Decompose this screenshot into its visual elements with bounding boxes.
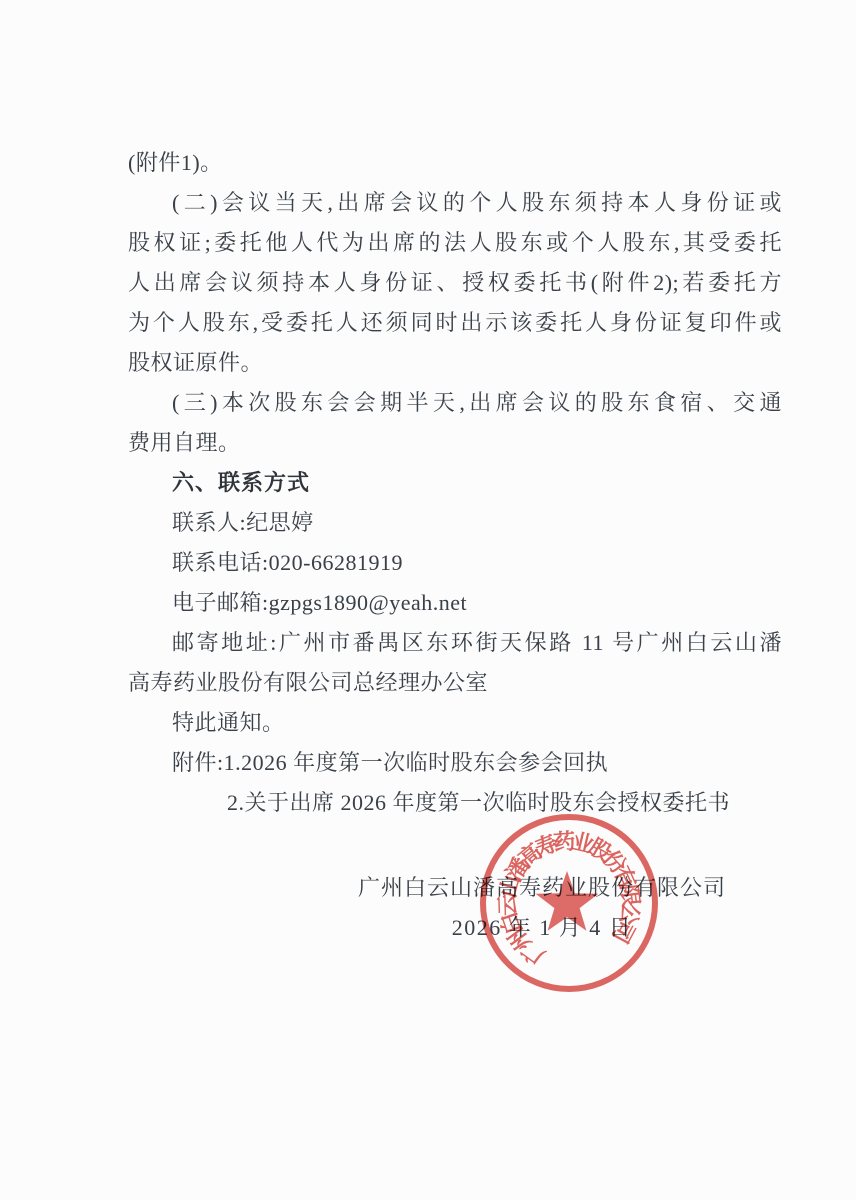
paragraph-2-line-3: 人出席会议须持本人身份证、授权委托书(附件2);若委托方 xyxy=(128,263,782,303)
paragraph-2-line-5: 股权证原件。 xyxy=(128,343,782,383)
mailing-address-line-1: 邮寄地址:广州市番禺区东环街天保路 11 号广州白云山潘 xyxy=(128,623,782,663)
contact-person-line: 联系人:纪思婷 xyxy=(128,503,782,543)
seal-star-icon xyxy=(536,871,599,931)
mailing-address-line-2: 高寿药业股份有限公司总经理办公室 xyxy=(128,663,782,703)
company-seal: 广州白云山潘高寿药业股份有限公司 xyxy=(469,803,669,1003)
paragraph-2-line-4: 为个人股东,受委托人还须同时出示该委托人身份证复印件或 xyxy=(128,303,782,343)
paragraph-3-line-2: 费用自理。 xyxy=(128,423,782,463)
attachment-list-item-1: 附件:1.2026 年度第一次临时股东会参会回执 xyxy=(128,743,782,783)
paragraph-2-line-1: (二)会议当天,出席会议的个人股东须持本人身份证或 xyxy=(128,183,782,223)
document-page: (附件1)。 (二)会议当天,出席会议的个人股东须持本人身份证或 股权证;委托他… xyxy=(0,0,856,1200)
paragraph-3-line-1: (三)本次股东会会期半天,出席会议的股东食宿、交通 xyxy=(128,383,782,423)
notice-closing-line: 特此通知。 xyxy=(128,703,782,743)
attachment-ref-line: (附件1)。 xyxy=(128,143,782,183)
contact-phone-line: 联系电话:020-66281919 xyxy=(128,543,782,583)
document-body: (附件1)。 (二)会议当天,出席会议的个人股东须持本人身份证或 股权证;委托他… xyxy=(128,143,782,823)
contact-email-line: 电子邮箱:gzpgs1890@yeah.net xyxy=(128,583,782,623)
contact-section-heading: 六、联系方式 xyxy=(128,463,782,503)
attachment-list-item-2: 2.关于出席 2026 年度第一次临时股东会授权委托书 xyxy=(128,783,782,823)
paragraph-2-line-2: 股权证;委托他人代为出席的法人股东或个人股东,其受委托 xyxy=(128,223,782,263)
